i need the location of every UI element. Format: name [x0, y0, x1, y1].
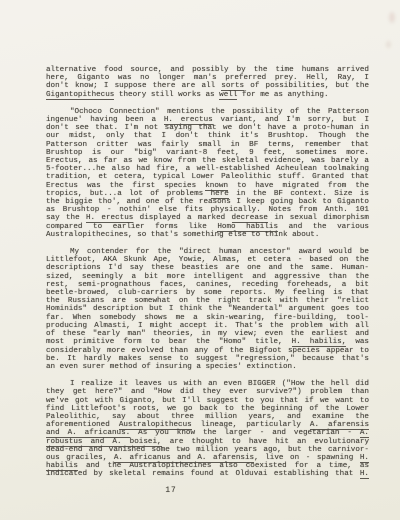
document-text: alternative food source, and possibly by… — [46, 66, 369, 479]
text-segment: displayed a marked — [133, 214, 231, 222]
text-segment: our midst, only that I don't think it's … — [46, 132, 369, 140]
text-segment: in the BF context. Size is — [229, 190, 369, 198]
text-segment: to have migrated from the — [228, 182, 369, 190]
text-line: compared to earlier forms like Homo habi… — [46, 223, 369, 231]
paragraph: My contender for the "direct human ances… — [46, 248, 369, 371]
underlined-term: well — [219, 91, 237, 100]
text-segment: lineage, particularly — [192, 421, 310, 429]
text-line: ingenue' having been a H. erectus varian… — [46, 116, 369, 124]
text-segment: My contender for the "direct human ances… — [70, 248, 369, 256]
text-segment: they get here?" and "How did they ever s… — [46, 388, 369, 396]
text-line: most primitive form to bear the "Homo" t… — [46, 338, 369, 346]
text-line: dead-end and vanished some two million y… — [46, 446, 369, 454]
text-segment: indicated by skeletal remains found at O… — [46, 470, 360, 478]
text-segment: ingenue' having been a — [46, 116, 164, 124]
text-segment: I realize it leaves us with an even BIGG… — [70, 380, 369, 388]
text-segment: don't know; I suppose there are all — [46, 82, 221, 90]
text-line: say the H. erectus displayed a marked de… — [46, 214, 369, 222]
text-segment: ous graciles, — [46, 454, 114, 462]
text-segment: descriptions I'd say these beasties are … — [46, 264, 369, 272]
text-line: Gigantopithecus theory still works as we… — [46, 91, 369, 99]
text-segment: Brushtop is our "big" variant-8 feet, 9 … — [46, 149, 369, 157]
text-segment: beetle-browed, club-carriers by some rep… — [46, 289, 369, 297]
text-line: Erectus, as far as we know from the skel… — [46, 157, 369, 165]
text-line: find Littlefoot's roots, we go back to t… — [46, 405, 369, 413]
paragraph: "Ochoco Connection" mentions the possibi… — [46, 108, 369, 239]
text-segment: aforementioned — [46, 421, 119, 429]
text-line: indicated by skeletal remains found at O… — [46, 470, 369, 478]
text-segment: "Ochoco Connection" mentions the possibi… — [70, 108, 369, 116]
text-segment: in sexual dimorphism — [268, 214, 369, 222]
text-line: rest, semi-prognathous faces, canines, r… — [46, 281, 369, 289]
text-segment: alternative food source, and possibly by… — [46, 66, 369, 74]
text-segment: Erectus, as far as we know from the skel… — [46, 157, 369, 165]
text-segment: be. It hardly makes sense to suggest "re… — [46, 355, 369, 363]
text-segment: Patterson critter was fairly small in BF… — [46, 141, 369, 149]
text-line: "Ochoco Connection" mentions the possibi… — [46, 108, 369, 116]
scan-smudge-mark — [389, 12, 395, 23]
text-segment: an even surer method of insuring a speci… — [46, 363, 297, 371]
text-segment: variant, and I'm sorry, but I — [213, 116, 369, 124]
text-segment: are thought to have hit an evolutionary — [162, 438, 369, 446]
text-line: alternative food source, and possibly by… — [46, 66, 369, 74]
text-segment: for me as anything. — [237, 91, 328, 99]
text-line: descriptions I'd say these beasties are … — [46, 264, 369, 272]
text-line: don't know; I suppose there are all sort… — [46, 82, 369, 90]
text-line: ous graciles, A. africanus and A. afaren… — [46, 454, 369, 462]
text-line: Hominids" description but I think the "N… — [46, 305, 369, 313]
text-line: producing Almasti, I might accept it. Th… — [46, 322, 369, 330]
scan-smudge-mark — [386, 41, 391, 48]
text-segment: far. When somebody shows me a skin-weari… — [46, 314, 369, 322]
text-line: tradition, et cetera, typical Lower Pale… — [46, 173, 369, 181]
text-segment: the biggie tho', and one of the reasons … — [46, 198, 369, 206]
text-segment: theory still works as — [114, 91, 219, 99]
text-line: we've got with Giganto, but I'll suggest… — [46, 397, 369, 405]
text-segment: Erectus was the first species — [46, 182, 205, 190]
text-line: Erectus was the first species known to h… — [46, 182, 369, 190]
text-segment: Hominids" description but I think the "N… — [46, 305, 369, 313]
paragraph: I realize it leaves us with an even BIGG… — [46, 380, 369, 478]
text-segment: was — [346, 338, 369, 346]
text-segment: of possibilities, but the — [244, 82, 369, 90]
text-segment: , live on - spawning — [254, 454, 360, 462]
text-line: Australopithecines, so that's something … — [46, 231, 369, 239]
text-line: be. It hardly makes sense to suggest "re… — [46, 355, 369, 363]
text-segment: considerably more evolved than any of th… — [46, 347, 369, 355]
paragraph: alternative food source, and possibly by… — [46, 66, 369, 99]
text-segment: we've got with Giganto, but I'll suggest… — [46, 397, 369, 405]
text-segment: compared to earlier forms like — [46, 223, 217, 231]
underlined-term: and A. africanus. — [46, 429, 130, 438]
text-line: far. When somebody shows me a skin-weari… — [46, 314, 369, 322]
text-line: robustus and A. boisei, are thought to h… — [46, 438, 369, 446]
text-segment: and the various — [278, 223, 369, 231]
text-line: tropics, but...a lot of problems here in… — [46, 190, 369, 198]
text-segment: Australopithecines, so that's something … — [46, 231, 319, 239]
text-line: Patterson critter was fairly small in BF… — [46, 141, 369, 149]
text-segment: tropics, but...a lot of problems — [46, 190, 211, 198]
text-segment: say the — [46, 214, 86, 222]
text-segment: of these "early man" theories, in my vie… — [46, 330, 369, 338]
text-segment: producing Almasti, I might accept it. Th… — [46, 322, 369, 330]
text-line: Brushtop is our "big" variant-8 feet, 9 … — [46, 149, 369, 157]
text-line: they get here?" and "How did they ever s… — [46, 388, 369, 396]
text-line: considerably more evolved than any of th… — [46, 347, 369, 355]
text-segment: here, Giganto was no longer man's prefer… — [46, 74, 369, 82]
scanned-document-page: alternative food source, and possibly by… — [0, 0, 400, 520]
underlined-term: Gigantopithecus — [46, 91, 114, 100]
text-segment: dead-end and vanished some two million y… — [46, 446, 369, 454]
text-line: an even surer method of insuring a speci… — [46, 363, 369, 371]
text-segment: sized, seemingly a bit more intelligent … — [46, 273, 369, 281]
text-segment: and the Australopithecines also coexiste… — [78, 462, 369, 470]
underlined-term: H. — [360, 470, 369, 479]
text-segment: rest, semi-prognathous faces, canines, r… — [46, 281, 369, 289]
text-segment: most primitive form to bear the "Homo" t… — [46, 338, 292, 346]
text-line: sized, seemingly a bit more intelligent … — [46, 273, 369, 281]
text-line: and A. africanus. As you know the larger… — [46, 429, 369, 437]
text-line: Paleolithic, say about three million yea… — [46, 413, 369, 421]
text-segment: find Littlefoot's roots, we go back to t… — [46, 405, 369, 413]
text-segment: As you know the larger - and vegetarian … — [130, 429, 360, 437]
text-line: our midst, only that I don't think it's … — [46, 132, 369, 140]
page-number: 17 — [158, 487, 184, 495]
text-segment: tradition, et cetera, typical Lower Pale… — [46, 173, 369, 181]
text-segment: Paleolithic, say about three million yea… — [46, 413, 369, 421]
